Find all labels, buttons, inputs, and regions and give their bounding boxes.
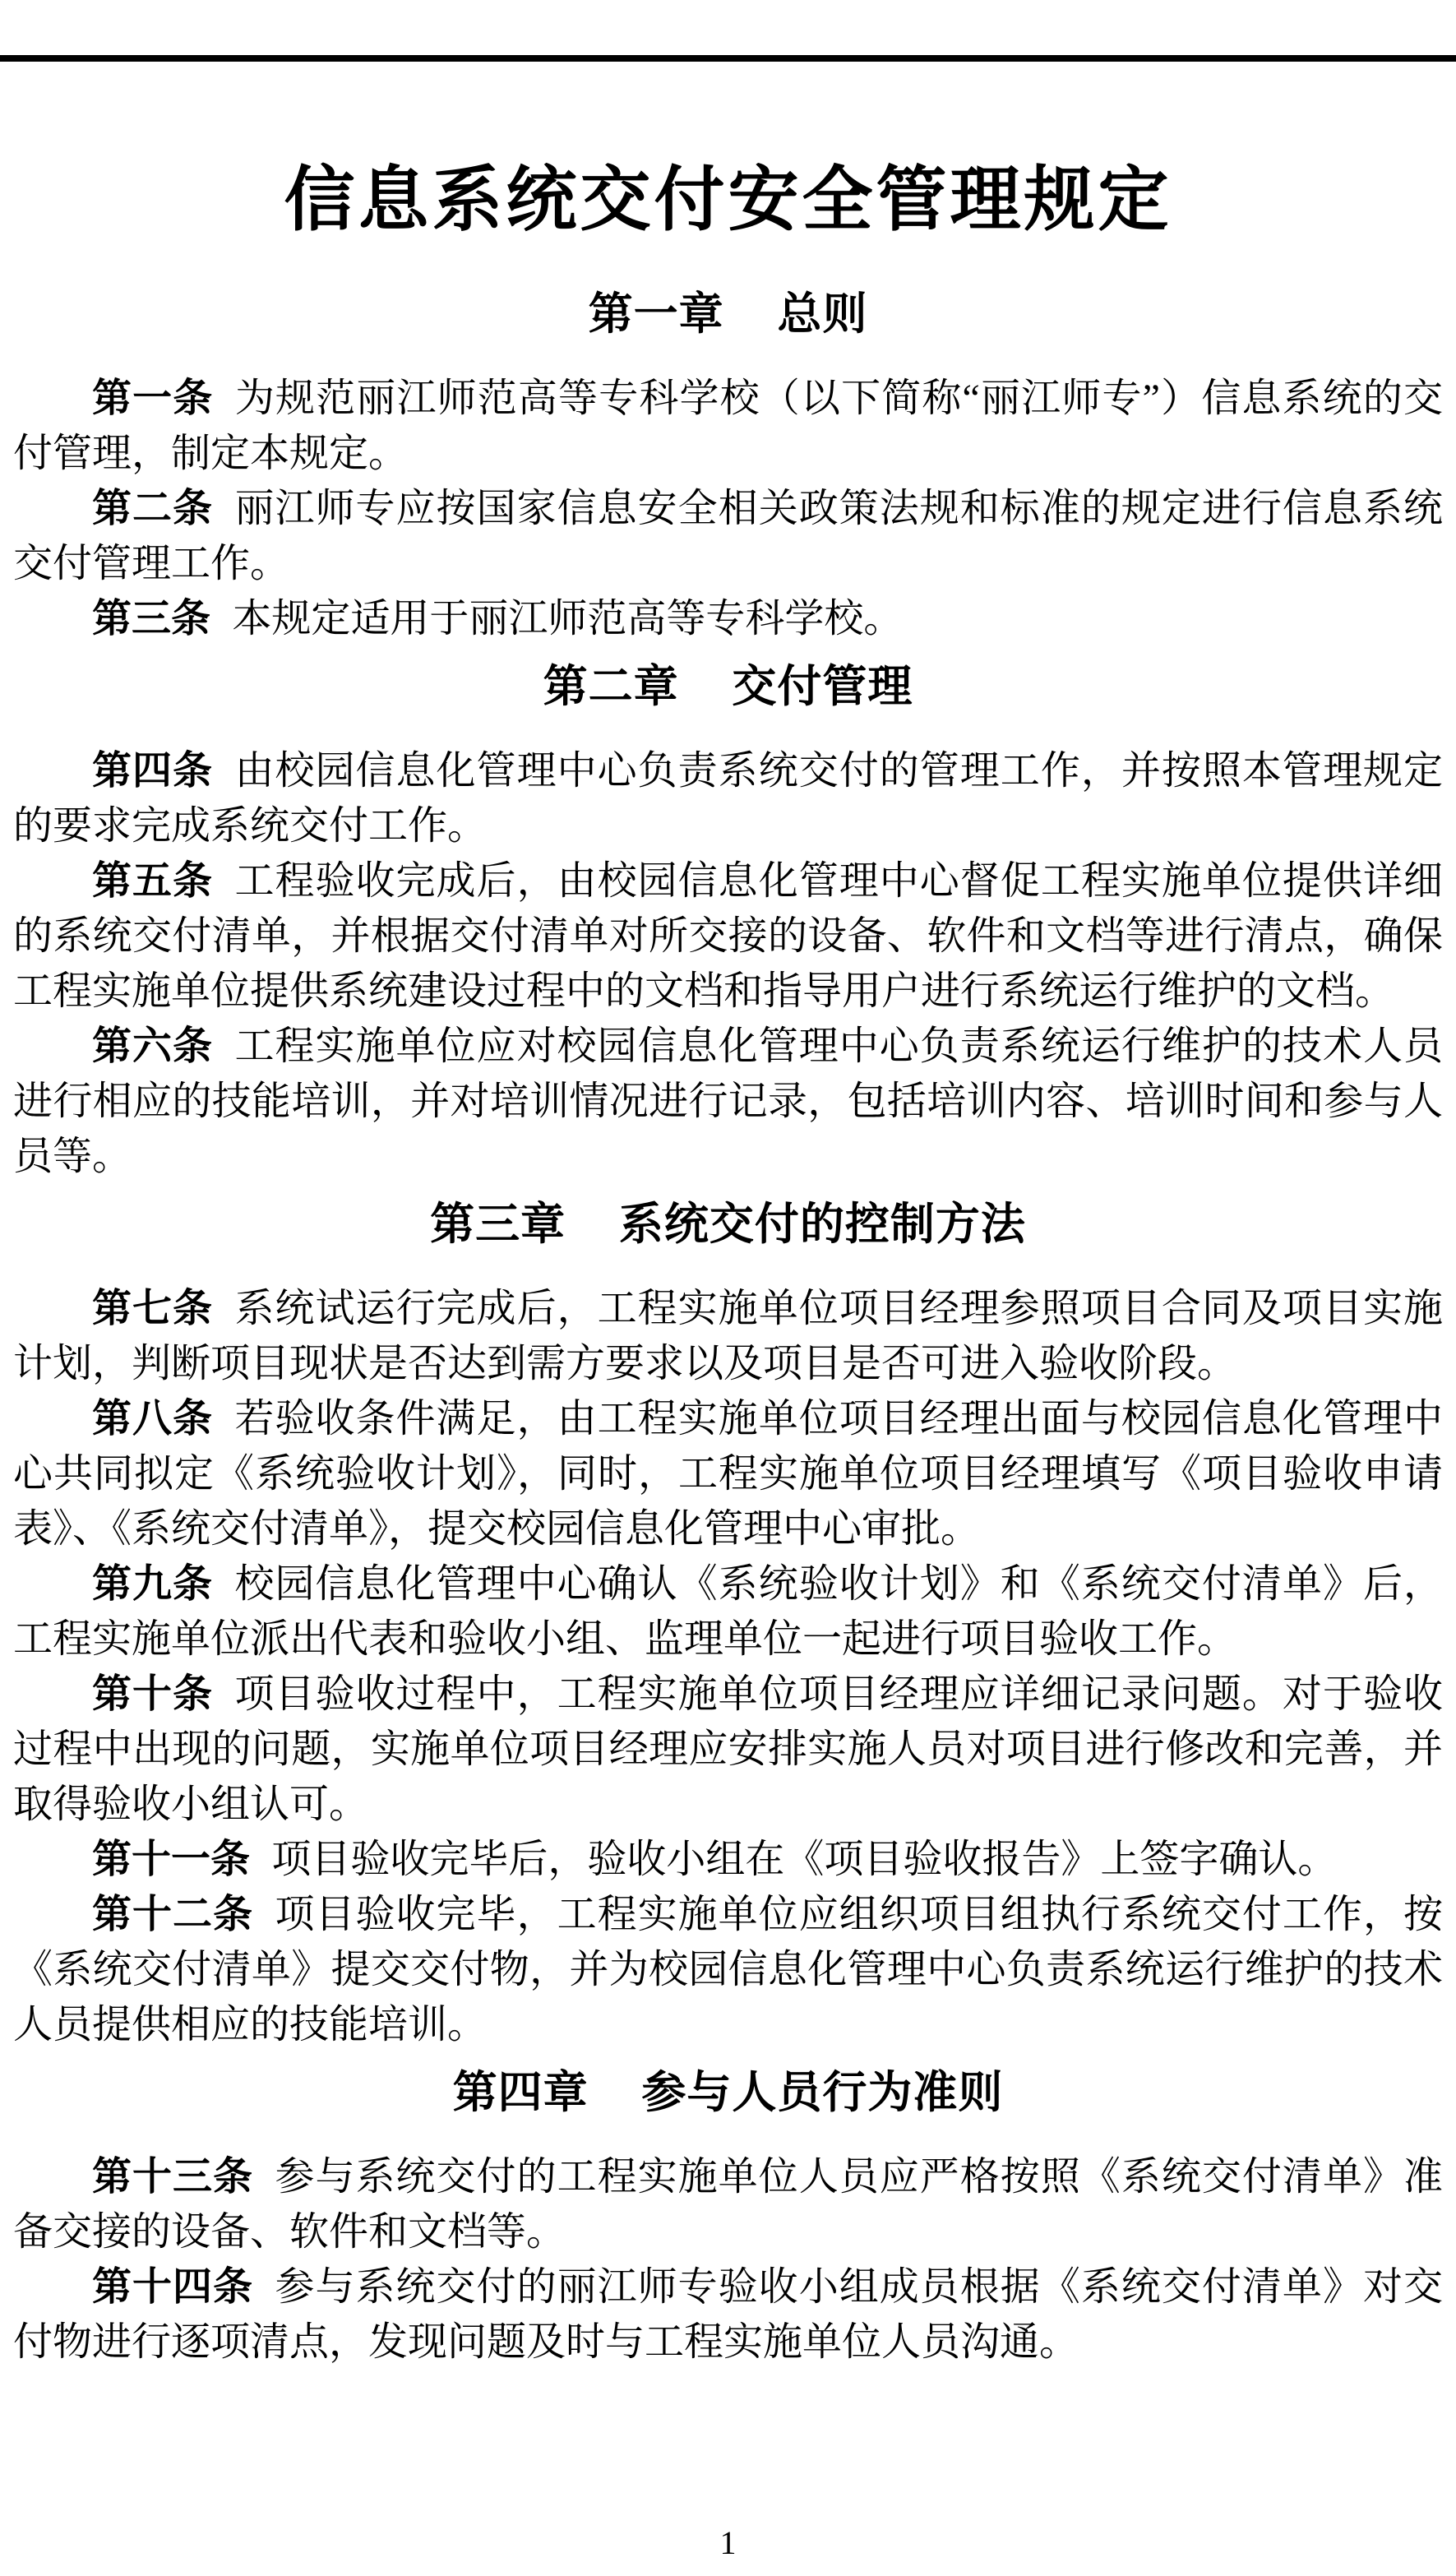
article-10: 第十条项目验收过程中，工程实施单位项目经理应详细记录问题。对于验收过程中出现的问… <box>13 1667 1443 1832</box>
article-6: 第六条工程实施单位应对校园信息化管理中心负责系统运行维护的技术人员进行相应的技能… <box>13 1019 1443 1184</box>
article-6-label: 第六条 <box>92 1024 213 1068</box>
article-7: 第七条系统试运行完成后，工程实施单位项目经理参照项目合同及项目实施计划，判断项目… <box>13 1281 1443 1391</box>
chapter-3-heading: 第三章系统交付的控制方法 <box>13 1196 1443 1253</box>
document-title: 信息系统交付安全管理规定 <box>0 0 1456 239</box>
article-8: 第八条若验收条件满足，由工程实施单位项目经理出面与校园信息化管理中心共同拟定《系… <box>13 1391 1443 1556</box>
header-rule <box>0 55 1456 62</box>
chapter-4-title: 参与人员行为准则 <box>641 2068 1003 2117</box>
chapter-2-title: 交付管理 <box>732 662 913 711</box>
article-7-label: 第七条 <box>92 1287 213 1330</box>
article-7-text: 系统试运行完成后，工程实施单位项目经理参照项目合同及项目实施计划，判断项目现状是… <box>13 1287 1443 1385</box>
article-3-label: 第三条 <box>92 597 210 641</box>
document-body: 第一章总则 第一条为规范丽江师范高等专科学校（以下简称“丽江师专”）信息系统的交… <box>0 285 1456 2370</box>
article-9: 第九条校园信息化管理中心确认《系统验收计划》和《系统交付清单》后，工程实施单位派… <box>13 1556 1443 1667</box>
article-13: 第十三条参与系统交付的工程实施单位人员应严格按照《系统交付清单》准备交接的设备、… <box>13 2149 1443 2259</box>
chapter-3-title: 系统交付的控制方法 <box>619 1200 1026 1249</box>
article-5-label: 第五条 <box>92 859 213 903</box>
article-11: 第十一条项目验收完毕后，验收小组在《项目验收报告》上签字确认。 <box>13 1832 1443 1887</box>
article-2-text: 丽江师专应按国家信息安全相关政策法规和标准的规定进行信息系统交付管理工作。 <box>13 487 1443 585</box>
chapter-2-number: 第二章 <box>543 662 679 711</box>
article-8-text: 若验收条件满足，由工程实施单位项目经理出面与校园信息化管理中心共同拟定《系统验收… <box>13 1397 1443 1551</box>
article-2: 第二条丽江师专应按国家信息安全相关政策法规和标准的规定进行信息系统交付管理工作。 <box>13 481 1443 591</box>
article-8-label: 第八条 <box>92 1397 213 1441</box>
article-9-text: 校园信息化管理中心确认《系统验收计划》和《系统交付清单》后，工程实施单位派出代表… <box>13 1562 1443 1661</box>
article-6-text: 工程实施单位应对校园信息化管理中心负责系统运行维护的技术人员进行相应的技能培训，… <box>13 1024 1443 1178</box>
chapter-3-number: 第三章 <box>430 1200 566 1249</box>
article-1-label: 第一条 <box>92 377 213 420</box>
article-1-text: 为规范丽江师范高等专科学校（以下简称“丽江师专”）信息系统的交付管理，制定本规定… <box>13 377 1443 475</box>
chapter-1-number: 第一章 <box>589 289 724 339</box>
page-number: 1 <box>0 2525 1456 2561</box>
document-page: 信息系统交付安全管理规定 第一章总则 第一条为规范丽江师范高等专科学校（以下简称… <box>0 0 1456 2576</box>
article-4-text: 由校园信息化管理中心负责系统交付的管理工作，并按照本管理规定的要求完成系统交付工… <box>13 749 1443 848</box>
article-10-label: 第十条 <box>92 1672 213 1716</box>
article-12-label: 第十二条 <box>92 1893 253 1936</box>
article-4-label: 第四条 <box>92 749 213 793</box>
chapter-4-number: 第四章 <box>453 2068 589 2117</box>
article-14: 第十四条参与系统交付的丽江师专验收小组成员根据《系统交付清单》对交付物进行逐项清… <box>13 2259 1443 2370</box>
article-11-text: 项目验收完毕后，验收小组在《项目验收报告》上签字确认。 <box>271 1838 1337 1881</box>
chapter-4-heading: 第四章参与人员行为准则 <box>13 2064 1443 2121</box>
article-5: 第五条工程验收完成后，由校园信息化管理中心督促工程实施单位提供详细的系统交付清单… <box>13 853 1443 1019</box>
article-11-label: 第十一条 <box>92 1838 250 1881</box>
article-14-label: 第十四条 <box>92 2265 253 2309</box>
article-1: 第一条为规范丽江师范高等专科学校（以下简称“丽江师专”）信息系统的交付管理，制定… <box>13 371 1443 481</box>
chapter-1-title: 总则 <box>777 289 867 339</box>
article-3: 第三条本规定适用于丽江师范高等专科学校。 <box>13 591 1443 646</box>
article-10-text: 项目验收过程中，工程实施单位项目经理应详细记录问题。对于验收过程中出现的问题，实… <box>13 1672 1443 1826</box>
article-3-text: 本规定适用于丽江师范高等专科学校。 <box>232 597 903 641</box>
article-4: 第四条由校园信息化管理中心负责系统交付的管理工作，并按照本管理规定的要求完成系统… <box>13 743 1443 853</box>
article-5-text: 工程验收完成后，由校园信息化管理中心督促工程实施单位提供详细的系统交付清单，并根… <box>13 859 1443 1013</box>
chapter-1-heading: 第一章总则 <box>13 285 1443 343</box>
article-13-label: 第十三条 <box>92 2155 253 2199</box>
article-12: 第十二条项目验收完毕，工程实施单位应组织项目组执行系统交付工作，按《系统交付清单… <box>13 1887 1443 2052</box>
article-2-label: 第二条 <box>92 487 213 530</box>
chapter-2-heading: 第二章交付管理 <box>13 658 1443 715</box>
article-9-label: 第九条 <box>92 1562 213 1606</box>
